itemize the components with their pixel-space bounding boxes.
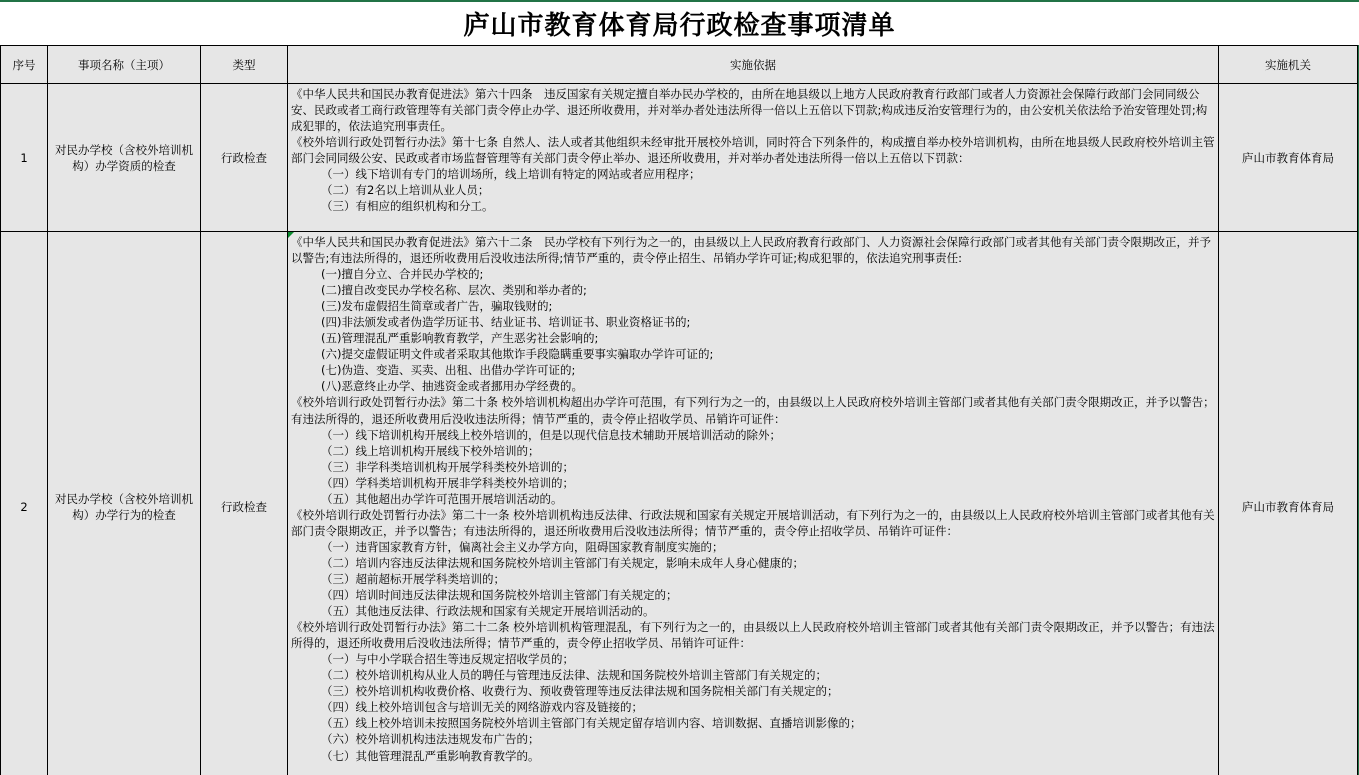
basis-list-item: (五)管理混乱严重影响教育教学，产生恶劣社会影响的; [291,330,1215,346]
cell-seq[interactable]: 1 [1,84,48,232]
cell-basis[interactable]: 《中华人民共和国民办教育促进法》第六十二条 民办学校有下列行为之一的，由县级以上… [288,232,1219,775]
basis-list-item: （四）学科类培训机构开展非学科类校外培训的； [291,475,1215,491]
basis-list-item: （二）校外培训机构从业人员的聘任与管理违反法律、法规和国务院校外培训主管部门有关… [291,667,1215,683]
basis-list-item: （五）线上校外培训未按照国务院校外培训主管部门有关规定留存培训内容、培训数据、直… [291,715,1215,731]
basis-paragraph: 《校外培训行政处罚暂行办法》第十七条 自然人、法人或者其他组织未经审批开展校外培… [291,134,1215,166]
header-basis[interactable]: 实施依据 [288,46,1219,84]
inspection-table: 序号 事项名称（主项） 类型 实施依据 实施机关 1 对民办学校（含校外培训机构… [0,45,1358,775]
basis-list-item: （四）培训时间违反法律法规和国务院校外培训主管部门有关规定的； [291,587,1215,603]
basis-list-item: （一）线下培训机构开展线上校外培训的，但是以现代信息技术辅助开展培训活动的除外； [291,427,1215,443]
cell-basis[interactable]: 《中华人民共和国民办教育促进法》第六十四条 违反国家有关规定擅自举办民办学校的，… [288,84,1219,232]
cell-agency[interactable]: 庐山市教育体育局 [1219,84,1358,232]
basis-paragraph: 《中华人民共和国民办教育促进法》第六十四条 违反国家有关规定擅自举办民办学校的，… [291,86,1215,134]
basis-list-item: （一）线下培训有专门的培训场所，线上培训有特定的网站或者应用程序； [291,166,1215,182]
cell-name[interactable]: 对民办学校（含校外培训机构）办学资质的检查 [48,84,201,232]
basis-list-item: （一）与中小学联合招生等违反规定招收学员的； [291,651,1215,667]
basis-list-item: （三）超前超标开展学科类培训的； [291,571,1215,587]
header-seq[interactable]: 序号 [1,46,48,84]
basis-list-item: （七）其他管理混乱严重影响教育教学的。 [291,748,1215,764]
basis-paragraph: 《校外培训行政处罚暂行办法》第二十条 校外培训机构超出办学许可范围，有下列行为之… [291,394,1215,426]
basis-list-item: (六)提交虚假证明文件或者采取其他欺诈手段隐瞒重要事实骗取办学许可证的; [291,346,1215,362]
header-name[interactable]: 事项名称（主项） [48,46,201,84]
comment-indicator-icon [288,232,294,238]
basis-list-item: （二）培训内容违反法律法规和国务院校外培训主管部门有关规定，影响未成年人身心健康… [291,555,1215,571]
basis-list-item: (八)恶意终止办学、抽逃资金或者挪用办学经费的。 [291,378,1215,394]
basis-list-item: （四）线上校外培训包含与培训无关的网络游戏内容及链接的； [291,699,1215,715]
cell-agency[interactable]: 庐山市教育体育局 [1219,232,1358,775]
basis-list-item: （三）有相应的组织机构和分工。 [291,198,1215,214]
basis-list-item: （三）非学科类培训机构开展学科类校外培训的； [291,459,1215,475]
cell-type[interactable]: 行政检查 [201,84,288,232]
basis-paragraph: 《中华人民共和国民办教育促进法》第六十二条 民办学校有下列行为之一的，由县级以上… [291,234,1215,266]
basis-paragraph: 《校外培训行政处罚暂行办法》第二十一条 校外培训机构违反法律、行政法规和国家有关… [291,507,1215,539]
basis-list-item: （五）其他超出办学许可范围开展培训活动的。 [291,491,1215,507]
basis-paragraph: 《校外培训行政处罚暂行办法》第二十二条 校外培训机构管理混乱，有下列行为之一的，… [291,619,1215,651]
basis-list-item: （二）线上培训机构开展线下校外培训的； [291,443,1215,459]
cell-name[interactable]: 对民办学校（含校外培训机构）办学行为的检查 [48,232,201,775]
table-row: 2 对民办学校（含校外培训机构）办学行为的检查 行政检查 《中华人民共和国民办教… [1,232,1358,775]
title-row: 庐山市教育体育局行政检查事项清单 [0,2,1359,45]
basis-list-item: （三）校外培训机构收费价格、收费行为、预收费管理等违反法律法规和国务院相关部门有… [291,683,1215,699]
basis-list-item: (三)发布虚假招生简章或者广告，骗取钱财的; [291,298,1215,314]
cell-type[interactable]: 行政检查 [201,232,288,775]
header-type[interactable]: 类型 [201,46,288,84]
basis-list-item: (一)擅自分立、合并民办学校的; [291,266,1215,282]
cell-seq[interactable]: 2 [1,232,48,775]
basis-list-item: (二)擅自改变民办学校名称、层次、类别和举办者的; [291,282,1215,298]
basis-list-item: （一）违背国家教育方针，偏离社会主义办学方向，阻碍国家教育制度实施的； [291,539,1215,555]
basis-list-item: （六）校外培训机构违法违规发布广告的； [291,731,1215,747]
basis-list-item: (四)非法颁发或者伪造学历证书、结业证书、培训证书、职业资格证书的; [291,314,1215,330]
basis-list-item: （五）其他违反法律、行政法规和国家有关规定开展培训活动的。 [291,603,1215,619]
basis-list-item: (七)伪造、变造、买卖、出租、出借办学许可证的; [291,362,1215,378]
table-row: 1 对民办学校（含校外培训机构）办学资质的检查 行政检查 《中华人民共和国民办教… [1,84,1358,232]
header-row: 序号 事项名称（主项） 类型 实施依据 实施机关 [1,46,1358,84]
page-title: 庐山市教育体育局行政检查事项清单 [463,5,895,42]
header-agency[interactable]: 实施机关 [1219,46,1358,84]
basis-list-item: （二）有2名以上培训从业人员； [291,182,1215,198]
